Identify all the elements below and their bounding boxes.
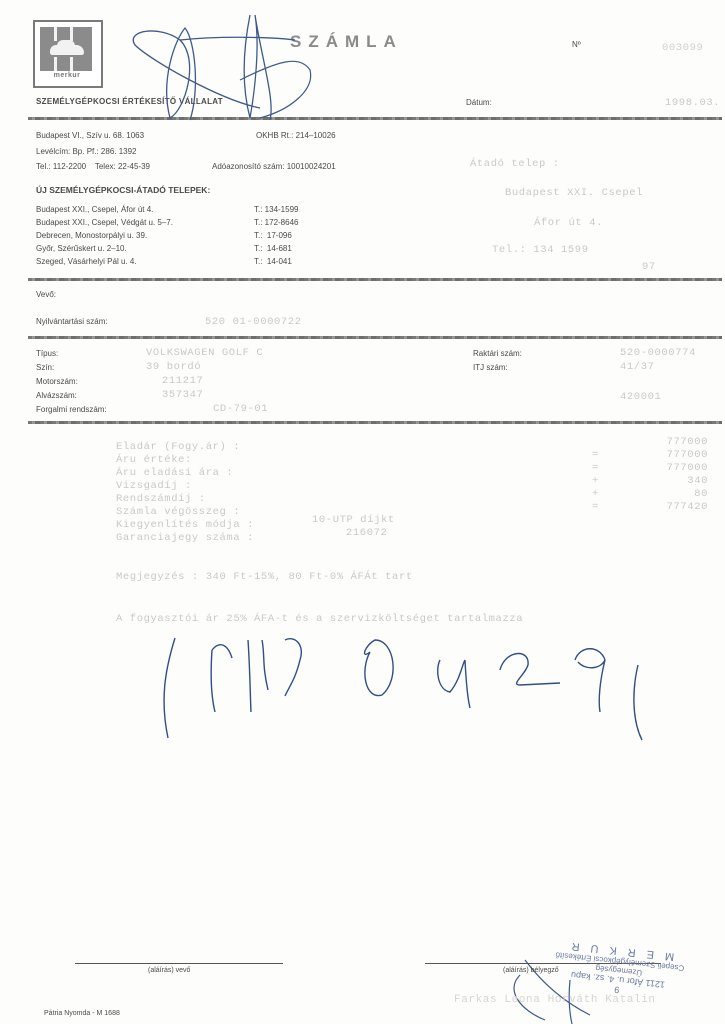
buyer-signature-label: (aláírás) vevő <box>148 967 190 974</box>
handwriting-ink <box>0 0 725 1024</box>
printer-imprint: Pátria Nyomda - M 1688 <box>44 1010 120 1017</box>
buyer-signature-line <box>75 963 283 964</box>
clerk-names: Farkas Leona Horváth Katalin <box>454 994 656 1006</box>
